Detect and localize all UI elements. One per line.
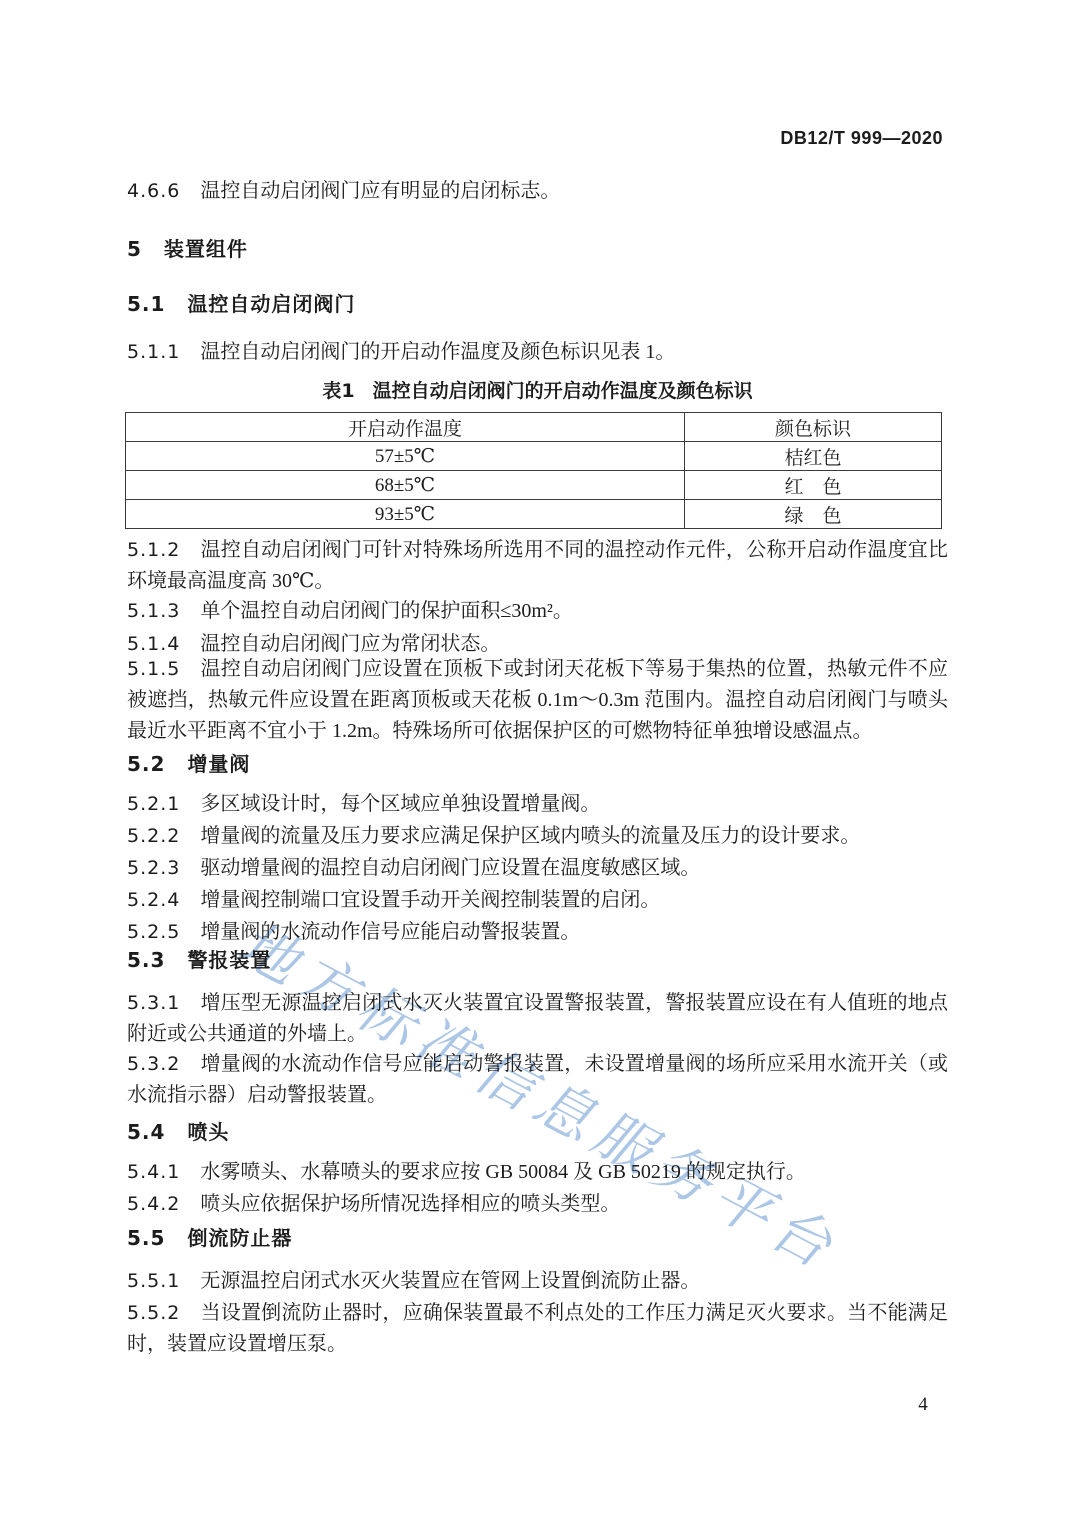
clause-number: 5.4.1 (127, 1161, 180, 1183)
section-title: 增量阀 (187, 752, 250, 776)
section-title: 倒流防止器 (187, 1226, 292, 1250)
page-number: 4 (908, 1394, 938, 1416)
table-caption-label: 表1 (322, 380, 354, 402)
clause-number: 5.1.1 (127, 341, 180, 363)
section-heading-5-1: 5.1温控自动启闭阀门 (127, 292, 948, 316)
clause-5-4-2: 5.4.2喷头应依据保护场所情况选择相应的喷头类型。 (127, 1189, 948, 1220)
clause-number: 5.5.1 (127, 1270, 180, 1292)
clause-text: 水雾喷头、水幕喷头的要求应按 GB 50084 及 GB 50219 的规定执行… (200, 1161, 806, 1183)
clause-number: 5.2.1 (127, 793, 180, 815)
clause-number: 5.1.5 (127, 658, 180, 680)
column-header-temperature: 开启动作温度 (126, 413, 685, 442)
cell-temperature: 68±5℃ (126, 471, 685, 500)
clause-number: 5.3.2 (127, 1053, 180, 1075)
section-number: 5.5 (127, 1226, 165, 1250)
table-row: 57±5℃ 桔红色 (126, 442, 942, 471)
clause-number: 5.2.5 (127, 921, 180, 943)
table-1: 开启动作温度 颜色标识 57±5℃ 桔红色 68±5℃ 红 色 93±5℃ 绿 … (125, 412, 942, 529)
clause-number: 5.2.4 (127, 889, 180, 911)
table-1-caption: 表1温控自动启闭阀门的开启动作温度及颜色标识 (127, 376, 948, 403)
clause-5-1-1: 5.1.1温控自动启闭阀门的开启动作温度及颜色标识见表 1。 (127, 337, 948, 368)
cell-temperature: 93±5℃ (126, 500, 685, 529)
clause-5-5-1: 5.5.1无源温控启闭式水灭火装置应在管网上设置倒流防止器。 (127, 1266, 948, 1297)
clause-text: 增量阀控制端口宜设置手动开关阀控制装置的启闭。 (200, 889, 660, 911)
section-number: 5.3 (127, 948, 165, 972)
clause-5-3-2: 5.3.2增量阀的水流动作信号应能启动警报装置，未设置增量阀的场所应采用水流开关… (127, 1049, 948, 1111)
section-heading-5: 5装置组件 (127, 237, 948, 261)
clause-text: 多区域设计时，每个区域应单独设置增量阀。 (200, 793, 600, 815)
clause-text: 温控自动启闭阀门应设置在顶板下或封闭天花板下等易于集热的位置，热敏元件不应被遮挡… (127, 658, 948, 742)
document-page: 地方标准信息服务平台 DB12/T 999—2020 4.6.6温控自动启闭阀门… (0, 0, 1074, 1520)
section-title: 装置组件 (164, 237, 248, 261)
section-title: 温控自动启闭阀门 (187, 292, 355, 316)
doc-number-header: DB12/T 999—2020 (127, 128, 943, 149)
clause-5-1-2: 5.1.2温控自动启闭阀门可针对特殊场所选用不同的温控动作元件，公称开启动作温度… (127, 535, 948, 597)
clause-5-2-4: 5.2.4增量阀控制端口宜设置手动开关阀控制装置的启闭。 (127, 885, 948, 916)
clause-text: 喷头应依据保护场所情况选择相应的喷头类型。 (200, 1193, 620, 1215)
clause-number: 5.5.2 (127, 1302, 180, 1324)
clause-text: 单个温控自动启闭阀门的保护面积≤30m²。 (200, 600, 573, 622)
clause-text: 当设置倒流防止器时，应确保装置最不利点处的工作压力满足灭火要求。当不能满足时，装… (127, 1302, 948, 1355)
clause-number: 5.1.3 (127, 600, 180, 622)
clause-number: 5.1.4 (127, 633, 180, 655)
clause-5-2-1: 5.2.1多区域设计时，每个区域应单独设置增量阀。 (127, 789, 948, 820)
clause-number: 4.6.6 (127, 180, 180, 202)
clause-number: 5.1.2 (127, 539, 180, 561)
clause-text: 驱动增量阀的温控自动启闭阀门应设置在温度敏感区域。 (200, 857, 700, 879)
table-header-row: 开启动作温度 颜色标识 (126, 413, 942, 442)
clause-text: 增量阀的水流动作信号应能启动警报装置。 (200, 921, 580, 943)
clause-5-2-3: 5.2.3驱动增量阀的温控自动启闭阀门应设置在温度敏感区域。 (127, 853, 948, 884)
clause-text: 无源温控启闭式水灭火装置应在管网上设置倒流防止器。 (200, 1270, 700, 1292)
section-number: 5.2 (127, 752, 165, 776)
section-number: 5.1 (127, 292, 165, 316)
clause-text: 增量阀的流量及压力要求应满足保护区域内喷头的流量及压力的设计要求。 (200, 825, 860, 847)
clause-5-2-2: 5.2.2增量阀的流量及压力要求应满足保护区域内喷头的流量及压力的设计要求。 (127, 821, 948, 852)
column-header-color: 颜色标识 (684, 413, 941, 442)
clause-text: 增压型无源温控启闭式水灭火装置宜设置警报装置，警报装置应设在有人值班的地点附近或… (127, 992, 948, 1045)
clause-text: 温控自动启闭阀门应有明显的启闭标志。 (200, 180, 560, 202)
section-heading-5-2: 5.2增量阀 (127, 752, 948, 776)
cell-color: 红 色 (684, 471, 941, 500)
clause-5-3-1: 5.3.1增压型无源温控启闭式水灭火装置宜设置警报装置，警报装置应设在有人值班的… (127, 988, 948, 1050)
clause-number: 5.4.2 (127, 1193, 180, 1215)
cell-color: 桔红色 (684, 442, 941, 471)
clause-text: 温控自动启闭阀门的开启动作温度及颜色标识见表 1。 (200, 341, 675, 363)
table-row: 68±5℃ 红 色 (126, 471, 942, 500)
section-number: 5 (127, 237, 142, 261)
clause-5-1-5: 5.1.5温控自动启闭阀门应设置在顶板下或封闭天花板下等易于集热的位置，热敏元件… (127, 654, 948, 747)
clause-text: 温控自动启闭阀门应为常闭状态。 (200, 633, 500, 655)
section-title: 警报装置 (187, 948, 271, 972)
clause-4-6-6: 4.6.6温控自动启闭阀门应有明显的启闭标志。 (127, 176, 948, 207)
clause-number: 5.3.1 (127, 992, 180, 1014)
cell-temperature: 57±5℃ (126, 442, 685, 471)
table-caption-text: 温控自动启闭阀门的开启动作温度及颜色标识 (373, 380, 753, 402)
section-heading-5-4: 5.4喷头 (127, 1120, 948, 1144)
clause-text: 增量阀的水流动作信号应能启动警报装置，未设置增量阀的场所应采用水流开关（或水流指… (127, 1053, 948, 1106)
section-number: 5.4 (127, 1120, 165, 1144)
clause-number: 5.2.2 (127, 825, 180, 847)
clause-5-1-3: 5.1.3单个温控自动启闭阀门的保护面积≤30m²。 (127, 596, 948, 627)
clause-5-4-1: 5.4.1水雾喷头、水幕喷头的要求应按 GB 50084 及 GB 50219 … (127, 1157, 948, 1188)
cell-color: 绿 色 (684, 500, 941, 529)
clause-5-2-5: 5.2.5增量阀的水流动作信号应能启动警报装置。 (127, 917, 948, 948)
table-row: 93±5℃ 绿 色 (126, 500, 942, 529)
clause-5-5-2: 5.5.2当设置倒流防止器时，应确保装置最不利点处的工作压力满足灭火要求。当不能… (127, 1298, 948, 1360)
clause-number: 5.2.3 (127, 857, 180, 879)
section-heading-5-3: 5.3警报装置 (127, 948, 948, 972)
section-heading-5-5: 5.5倒流防止器 (127, 1226, 948, 1250)
section-title: 喷头 (187, 1120, 229, 1144)
clause-text: 温控自动启闭阀门可针对特殊场所选用不同的温控动作元件，公称开启动作温度宜比环境最… (127, 539, 948, 592)
